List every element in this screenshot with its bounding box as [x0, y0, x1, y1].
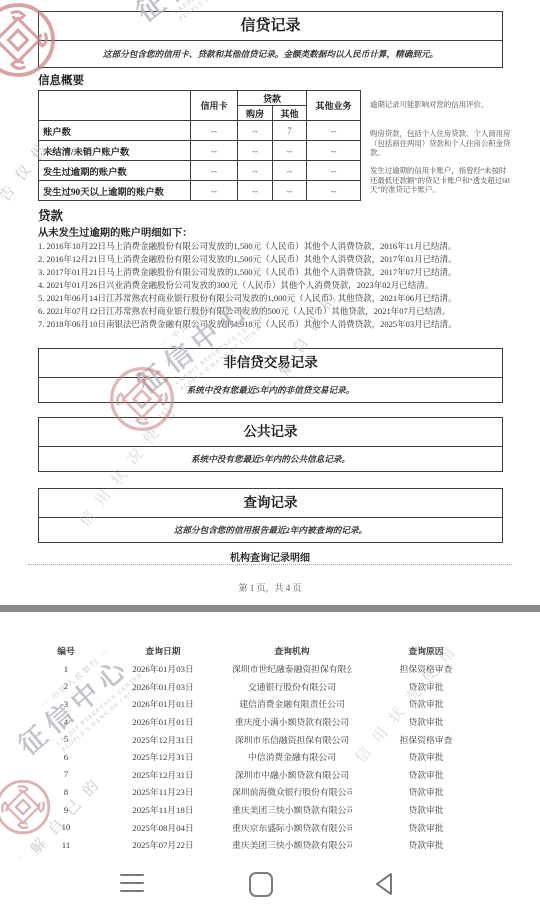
credit-report-page-2[interactable]: 一 中国人民银行 一 征信中心 CREDIT REFERENCE CENTER … — [0, 612, 540, 860]
table-cell: 2026年01月01日 — [94, 715, 232, 728]
summary-value-cell: -- — [191, 141, 238, 161]
summary-value-cell: -- — [307, 161, 361, 181]
table-cell: 2025年07月22日 — [94, 838, 232, 851]
credit-records-section-header: 信贷记录 这部分包含您的信用卡、贷款和其他信贷记录。金额类数据均以人民币计算，精… — [38, 11, 503, 68]
summary-row: 账户数----7-- — [39, 121, 361, 141]
system-navbar — [0, 858, 540, 918]
query-table-body: 12026年01月03日深圳市世纪融泰融资担保有限公司担保资格审查22026年0… — [38, 660, 500, 854]
table-row: 102025年08月04日重庆京东盛际小额贷款有限公司贷款审批 — [38, 818, 500, 836]
col-query-org: 查询机构 — [232, 644, 352, 657]
col-number: 编号 — [38, 644, 94, 657]
non-credit-records-section: 非信贷交易记录 系统中没有您最近5年内的非信贷交易记录。 — [38, 348, 503, 403]
col-query-reason: 查询原因 — [352, 644, 500, 657]
credit-report-page-1[interactable]: 一 中国人民银行 一 征信中心 CREDIT REFERENCE CENTER … — [0, 0, 540, 605]
table-cell: 6 — [38, 752, 94, 762]
table-cell: 贷款审批 — [352, 785, 500, 798]
summary-value-cell: -- — [238, 161, 273, 181]
section-text: 系统中没有您最近5年内的公共信息记录。 — [39, 447, 502, 471]
table-cell: 2025年11月18日 — [94, 803, 232, 816]
summary-row-label: 发生过90天以上逾期的账户数 — [39, 181, 191, 201]
table-row: 22026年01月03日交通银行股份有限公司贷款审批 — [38, 678, 500, 696]
table-row: 12026年01月03日深圳市世纪融泰融资担保有限公司担保资格审查 — [38, 660, 500, 678]
section-text: 这部分包含您的信用报告最近2年内被查询的记录。 — [39, 518, 502, 542]
table-row: 112025年07月22日重庆美团三快小额贷款有限公司贷款审批 — [38, 836, 500, 854]
summary-value-cell: -- — [307, 121, 361, 141]
summary-blank-cell — [39, 91, 191, 121]
section-title: 公共记录 — [39, 418, 502, 447]
summary-note: 购房贷款，包括个人住房贷款、个人商用房（包括商住两用）贷款和个人住房公积金贷款。 — [370, 129, 512, 158]
table-cell: 2 — [38, 681, 94, 691]
table-cell: 2025年11月23日 — [94, 785, 232, 798]
summary-row: 未结清/未销户账户数-------- — [39, 141, 361, 161]
section-subtitle: 这部分包含您的信用卡、贷款和其他信贷记录。金额类数据均以人民币计算，精确到元。 — [39, 41, 502, 67]
table-cell: 8 — [38, 787, 94, 797]
loan-item: 5. 2021年06月14日江苏常熟农村商业银行股份有限公司发放的1,000元（… — [38, 292, 508, 305]
table-cell: 深圳市乐信融资担保有限公司 — [232, 733, 352, 746]
table-row: 52025年12月31日深圳市乐信融资担保有限公司担保资格审查 — [38, 730, 500, 748]
table-cell: 10 — [38, 822, 94, 832]
table-cell: 重庆度小满小额贷款有限公司 — [232, 715, 352, 728]
table-cell: 2025年12月31日 — [94, 768, 232, 781]
table-row: 82025年11月23日深圳前海微众银行股份有限公司贷款审批 — [38, 783, 500, 801]
summary-table-body: 账户数----7--未结清/未销户账户数--------发生过逾期的账户数---… — [39, 121, 361, 201]
query-table-header: 编号 查询日期 查询机构 查询原因 — [38, 640, 500, 660]
loan-item: 6. 2021年07月12日江苏常熟农村商业银行股份有限公司发放的500元（人民… — [38, 305, 508, 318]
table-row: 92025年11月18日重庆美团三快小额贷款有限公司贷款审批 — [38, 801, 500, 819]
summary-value-cell: -- — [191, 181, 238, 201]
col-loan-house: 购房 — [238, 106, 273, 121]
loan-item: 4. 2021年01月26日兴业消费金融股份公司发放的300元（人民币）其他个人… — [38, 279, 508, 292]
section-title: 非信贷交易记录 — [39, 349, 502, 378]
table-cell: 深圳市世纪融泰融资担保有限公司 — [232, 662, 352, 675]
summary-row-label: 发生过逾期的账户数 — [39, 161, 191, 181]
table-cell: 2026年01月01日 — [94, 697, 232, 710]
summary-row-label: 账户数 — [39, 121, 191, 141]
phone-screen: 一 中国人民银行 一 征信中心 CREDIT REFERENCE CENTER … — [0, 0, 540, 918]
loan-item: 7. 2018年06月10日南银法巴消费金融有限公司发放的4,918元（人民币）… — [38, 318, 508, 331]
summary-value-cell: -- — [191, 121, 238, 141]
summary-value-cell: -- — [307, 141, 361, 161]
table-cell: 9 — [38, 805, 94, 815]
loan-list: 1. 2016年10月22日马上消费金融股份有限公司发放的1,500元（人民币）… — [38, 240, 508, 331]
col-credit-card: 信用卡 — [191, 91, 238, 121]
table-cell: 担保资格审查 — [352, 662, 500, 675]
summary-value-cell: 7 — [273, 121, 307, 141]
table-cell: 重庆美团三快小额贷款有限公司 — [232, 803, 352, 816]
table-cell: 贷款审批 — [352, 821, 500, 834]
table-cell: 2025年12月31日 — [94, 750, 232, 763]
summary-value-cell: -- — [191, 161, 238, 181]
col-loan-other: 其他 — [273, 106, 307, 121]
summary-value-cell: -- — [273, 161, 307, 181]
table-cell: 贷款审批 — [352, 803, 500, 816]
table-cell: 深圳市中融小额贷款有限公司 — [232, 768, 352, 781]
table-cell: 重庆京东盛际小额贷款有限公司 — [232, 821, 352, 834]
section-title: 查询记录 — [39, 489, 502, 518]
summary-heading: 信息概要 — [38, 72, 84, 88]
loan-item: 2. 2016年12月21日马上消费金融股份有限公司发放的1,500元（人民币）… — [38, 253, 508, 266]
summary-table: 信用卡 贷款 其他业务 购房 其他 账户数----7--未结清/未销户账户数--… — [38, 90, 361, 201]
table-cell: 中信消费金融有限公司 — [232, 750, 352, 763]
public-records-section: 公共记录 系统中没有您最近5年内的公共信息记录。 — [38, 417, 503, 472]
col-other-business: 其他业务 — [307, 91, 361, 121]
table-cell: 11 — [38, 840, 94, 850]
table-cell: 贷款审批 — [352, 697, 500, 710]
summary-row: 发生过90天以上逾期的账户数-------- — [39, 181, 361, 201]
table-cell: 贷款审批 — [352, 838, 500, 851]
loans-subheading: 从未发生过逾期的账户明细如下： — [38, 224, 192, 239]
summary-value-cell: -- — [238, 121, 273, 141]
table-cell: 重庆美团三快小额贷款有限公司 — [232, 838, 352, 851]
summary-value-cell: -- — [238, 181, 273, 201]
hamburger-menu-icon[interactable] — [118, 870, 146, 898]
summary-note: 发生过逾期的信用卡账户，指曾经“未按时还最低还款额”的贷记卡账户和“透支超过60… — [370, 166, 512, 195]
table-cell: 2026年01月03日 — [94, 662, 232, 675]
query-table: 编号 查询日期 查询机构 查询原因 12026年01月03日深圳市世纪融泰融资担… — [38, 640, 500, 854]
table-cell: 7 — [38, 769, 94, 779]
table-row: 62025年12月31日中信消费金融有限公司贷款审批 — [38, 748, 500, 766]
table-cell: 贷款审批 — [352, 750, 500, 763]
query-records-section: 查询记录 这部分包含您的信用报告最近2年内被查询的记录。 — [38, 488, 503, 543]
table-cell: 3 — [38, 699, 94, 709]
col-loan: 贷款 — [238, 91, 307, 106]
table-row: 32026年01月01日建信消费金融有限责任公司贷款审批 — [38, 695, 500, 713]
table-cell: 1 — [38, 664, 94, 674]
dotted-divider — [28, 564, 512, 565]
summary-value-cell: -- — [273, 181, 307, 201]
table-cell: 贷款审批 — [352, 768, 500, 781]
table-cell: 2026年01月03日 — [94, 680, 232, 693]
query-detail-heading: 机构查询记录明细 — [0, 549, 540, 564]
table-cell: 贷款审批 — [352, 715, 500, 728]
summary-note: 逾期记录可能影响对您的信用评价。 — [370, 100, 512, 110]
summary-value-cell: -- — [238, 141, 273, 161]
table-row: 42026年01月01日重庆度小满小额贷款有限公司贷款审批 — [38, 713, 500, 731]
summary-row: 发生过逾期的账户数-------- — [39, 161, 361, 181]
loan-item: 3. 2017年01月21日马上消费金融股份有限公司发放的1,500元（人民币）… — [38, 266, 508, 279]
table-cell: 建信消费金融有限责任公司 — [232, 697, 352, 710]
loan-item: 1. 2016年10月22日马上消费金融股份有限公司发放的1,500元（人民币）… — [38, 240, 508, 253]
table-cell: 交通银行股份有限公司 — [232, 680, 352, 693]
section-text: 系统中没有您最近5年内的非信贷交易记录。 — [39, 378, 502, 402]
section-title: 信贷记录 — [39, 12, 502, 41]
table-cell: 2025年12月31日 — [94, 733, 232, 746]
summary-value-cell: -- — [273, 141, 307, 161]
loans-heading: 贷款 — [38, 206, 63, 224]
page-indicator: 第 1 页，共 4 页 — [0, 581, 540, 594]
summary-row-label: 未结清/未销户账户数 — [39, 141, 191, 161]
back-triangle-icon[interactable] — [372, 870, 400, 898]
table-cell: 贷款审批 — [352, 680, 500, 693]
summary-value-cell: -- — [307, 181, 361, 201]
table-cell: 4 — [38, 717, 94, 727]
table-row: 72025年12月31日深圳市中融小额贷款有限公司贷款审批 — [38, 766, 500, 784]
home-square-icon[interactable] — [249, 872, 273, 897]
page-separator — [0, 605, 540, 612]
table-cell: 深圳前海微众银行股份有限公司 — [232, 785, 352, 798]
table-cell: 担保资格审查 — [352, 733, 500, 746]
col-query-date: 查询日期 — [94, 644, 232, 657]
table-cell: 5 — [38, 734, 94, 744]
table-cell: 2025年08月04日 — [94, 821, 232, 834]
